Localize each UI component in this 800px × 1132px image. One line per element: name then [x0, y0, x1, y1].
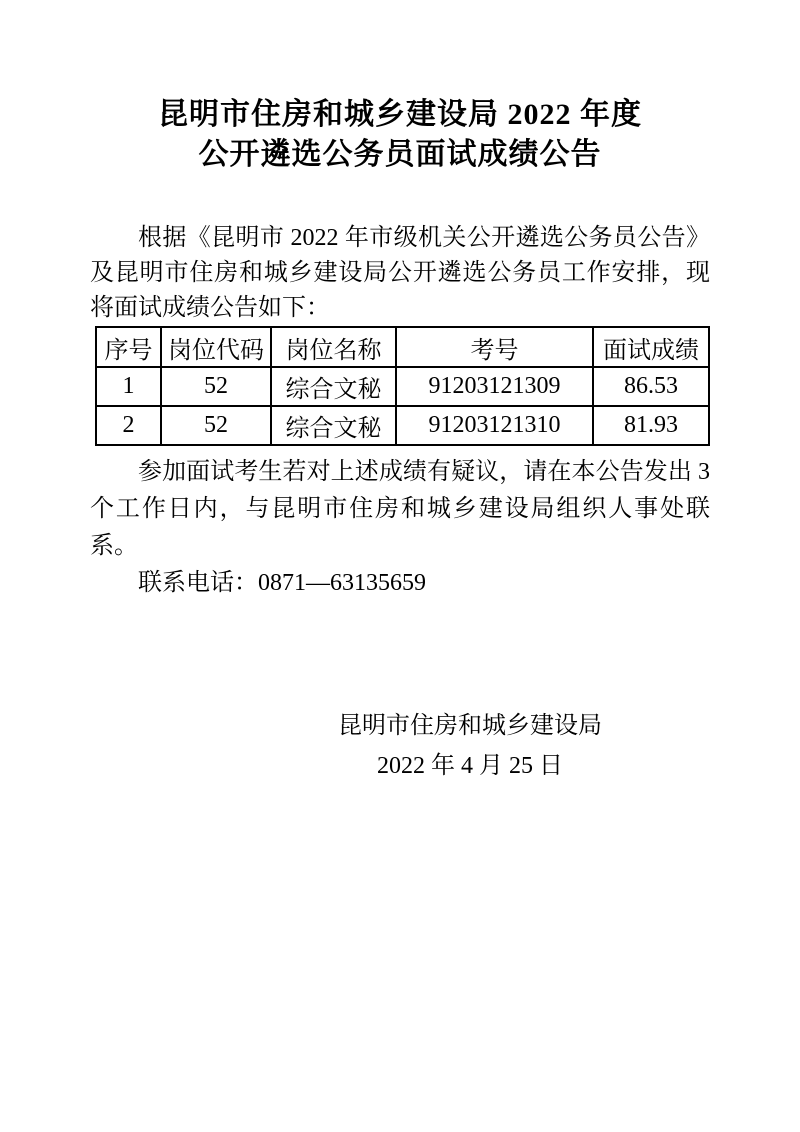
- contact-phone-line: 联系电话：0871—63135659: [90, 565, 710, 602]
- header-cell-interview-score: 面试成绩: [593, 327, 709, 367]
- cell-position-code: 52: [161, 367, 271, 406]
- table-row: 2 52 综合文秘 91203121310 81.93: [96, 406, 709, 445]
- document-page: 昆明市住房和城乡建设局 2022 年度 公开遴选公务员面试成绩公告 根据《昆明市…: [0, 0, 800, 1132]
- interview-scores-table: 序号 岗位代码 岗位名称 考号 面试成绩 1 52 综合文秘 912031213…: [95, 326, 710, 446]
- cell-interview-score: 86.53: [593, 367, 709, 406]
- cell-interview-score: 81.93: [593, 406, 709, 445]
- cell-position-code: 52: [161, 406, 271, 445]
- notice-paragraph: 参加面试考生若对上述成绩有疑议，请在本公告发出 3 个工作日内，与昆明市住房和城…: [90, 454, 710, 565]
- cell-exam-number: 91203121310: [396, 406, 593, 445]
- signature-organization: 昆明市住房和城乡建设局: [230, 706, 710, 746]
- header-cell-position-name: 岗位名称: [271, 327, 396, 367]
- document-title: 昆明市住房和城乡建设局 2022 年度 公开遴选公务员面试成绩公告: [90, 95, 710, 175]
- cell-position-name: 综合文秘: [271, 367, 396, 406]
- header-cell-position-code: 岗位代码: [161, 327, 271, 367]
- header-cell-exam-number: 考号: [396, 327, 593, 367]
- cell-no: 2: [96, 406, 161, 445]
- signature-block: 昆明市住房和城乡建设局 2022 年 4 月 25 日: [90, 706, 710, 786]
- intro-paragraph: 根据《昆明市 2022 年市级机关公开遴选公务员公告》及昆明市住房和城乡建设局公…: [90, 221, 710, 326]
- document-title-line-2: 公开遴选公务员面试成绩公告: [90, 135, 710, 175]
- cell-no: 1: [96, 367, 161, 406]
- signature-date: 2022 年 4 月 25 日: [230, 746, 710, 786]
- table-header-row: 序号 岗位代码 岗位名称 考号 面试成绩: [96, 327, 709, 367]
- cell-exam-number: 91203121309: [396, 367, 593, 406]
- header-cell-no: 序号: [96, 327, 161, 367]
- cell-position-name: 综合文秘: [271, 406, 396, 445]
- table-row: 1 52 综合文秘 91203121309 86.53: [96, 367, 709, 406]
- document-title-line-1: 昆明市住房和城乡建设局 2022 年度: [90, 95, 710, 135]
